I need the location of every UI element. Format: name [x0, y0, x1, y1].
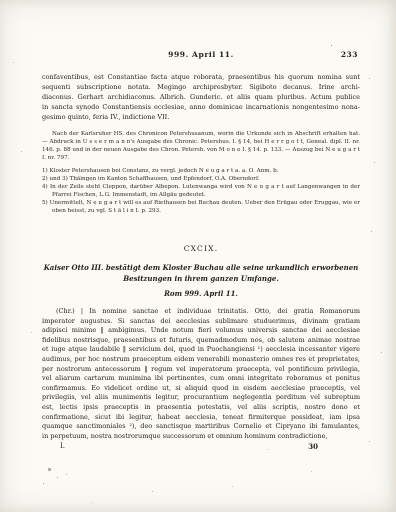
- text-line: per nostrorum antecessorum ‖ regum vel i…: [42, 365, 360, 375]
- text-line: imperator augustus. Si sanctas dei aeccl…: [42, 317, 360, 327]
- text-line: 4) In der Zeile steht Cleppon, darüber A…: [42, 183, 360, 199]
- charter-dateline: Rom 999. April 11.: [42, 289, 360, 298]
- text-line: diaconus. Gerhart archidiaconus. Albrich…: [42, 92, 360, 102]
- header-date-heading: 999. April 11.: [42, 50, 360, 59]
- text-line: privilegiis, vel aliis munimentis legitu…: [42, 393, 360, 403]
- previous-charter-conclusion: confaventibus, est Constantiae facta atq…: [42, 72, 360, 122]
- text-line: in sancta synodo Constantiensis ecclesia…: [42, 102, 360, 112]
- text-line: gesimo quinto, feria IV., indictione VII…: [42, 112, 360, 122]
- text-line: Besitzungen in ihrem ganzen Umfange.: [42, 273, 360, 284]
- text-line: quamque sanctimoniales ²), deo sanctisqu…: [42, 422, 360, 432]
- text-line: confirmatione, sicut ibi legitur, habeat…: [42, 413, 360, 423]
- page-content: 999. April 11. 233 confaventibus, est Co…: [42, 50, 360, 452]
- text-line: (Chr.) | In nomine sanctae et individuae…: [42, 307, 360, 317]
- text-line: audimus, per hoc nostrum praeceptum eide…: [42, 355, 360, 365]
- page-number: 233: [341, 50, 358, 59]
- charter-title: Kaiser Otto III. bestätigt dem Kloster B…: [42, 262, 360, 284]
- text-line: confaventibus, est Constantiae facta atq…: [42, 72, 360, 82]
- text-line: et iuge atque laudabile ‖ servicium dei,…: [42, 345, 360, 355]
- source-note: Nach der Karlsruher HS. des Chronicon Pe…: [42, 130, 360, 162]
- scanned-book-page: 999. April 11. 233 confaventibus, est Co…: [0, 0, 396, 512]
- text-line: vel aliarum cartarum munimina ibi pertin…: [42, 374, 360, 384]
- text-line: est, lectis ipsis praeceptis in praesent…: [42, 403, 360, 413]
- text-line: fidelibus nostrisque, praesentibus et fu…: [42, 336, 360, 346]
- text-line: adipisci minime ‖ ambigimus. Unde notum …: [42, 326, 360, 336]
- charter-number-heading: CXCIX.: [42, 244, 360, 253]
- text-line: confirmamus. Eo videlicet ordine ut, si …: [42, 384, 360, 394]
- footnotes-block: 1) Kloster Petershausen bei Constanz, zu…: [42, 167, 360, 215]
- charter-body-text: (Chr.) | In nomine sanctae et individuae…: [42, 307, 360, 441]
- volume-signature-mark: I.: [60, 442, 65, 450]
- text-line: 1) Kloster Petershausen bei Constanz, zu…: [42, 167, 360, 175]
- sheet-number: 30: [308, 442, 318, 451]
- text-line: Kaiser Otto III. bestätigt dem Kloster B…: [42, 262, 360, 273]
- scan-noise-specks: [0, 0, 1, 1]
- text-line: sequenti subscriptione notata. Megingo a…: [42, 82, 360, 92]
- text-line: 2) und 3) Thäingen im Kanton Schaffhause…: [42, 175, 360, 183]
- text-line: 5) Unermittelt, N e u g a r t will es au…: [42, 199, 360, 215]
- text-line: in perpetuum, nostra nostrorumque succes…: [42, 432, 360, 442]
- running-header: 999. April 11. 233: [42, 50, 360, 61]
- page-footer: I. 30: [42, 442, 360, 452]
